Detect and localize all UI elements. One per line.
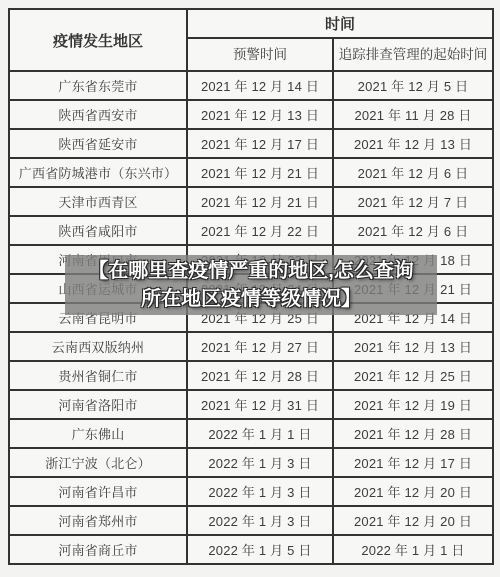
watermark-text-line1: 【在哪里查疫情严重的地区,怎么查询 xyxy=(88,257,414,285)
table-row: 广东省东莞市 2021 年 12 月 14 日 2021 年 12 月 5 日 xyxy=(9,71,493,100)
warning-time-cell: 2022 年 1 月 3 日 xyxy=(187,448,333,477)
region-cell: 广西省防城港市（东兴市） xyxy=(9,158,187,187)
region-cell: 陕西省延安市 xyxy=(9,129,187,158)
table-row: 贵州省铜仁市 2021 年 12 月 28 日 2021 年 12 月 25 日 xyxy=(9,361,493,390)
watermark-overlay: 【在哪里查疫情严重的地区,怎么查询 所在地区疫情等级情况】 xyxy=(65,255,437,315)
tracking-time-cell: 2021 年 12 月 19 日 xyxy=(333,390,493,419)
region-cell: 天津市西青区 xyxy=(9,187,187,216)
tracking-time-cell: 2021 年 12 月 17 日 xyxy=(333,448,493,477)
header-region-cell: 疫情发生地区 xyxy=(9,9,187,71)
tracking-time-cell: 2021 年 12 月 28 日 xyxy=(333,419,493,448)
tracking-time-cell: 2021 年 12 月 13 日 xyxy=(333,129,493,158)
table-row: 陕西省延安市 2021 年 12 月 17 日 2021 年 12 月 13 日 xyxy=(9,129,493,158)
tracking-time-cell: 2022 年 1 月 1 日 xyxy=(333,535,493,564)
region-cell: 浙江宁波（北仑） xyxy=(9,448,187,477)
region-cell: 广东省东莞市 xyxy=(9,71,187,100)
table-row: 陕西省咸阳市 2021 年 12 月 22 日 2021 年 12 月 6 日 xyxy=(9,216,493,245)
tracking-time-cell: 2021 年 12 月 20 日 xyxy=(333,477,493,506)
table-row: 河南省郑州市 2022 年 1 月 3 日 2021 年 12 月 20 日 xyxy=(9,506,493,535)
warning-time-cell: 2022 年 1 月 3 日 xyxy=(187,506,333,535)
page: 疫情发生地区 时间 预警时间 追踪排查管理的起始时间 广东省东莞市 2021 年… xyxy=(0,0,500,577)
region-cell: 贵州省铜仁市 xyxy=(9,361,187,390)
tracking-time-cell: 2021 年 12 月 6 日 xyxy=(333,158,493,187)
region-cell: 陕西省咸阳市 xyxy=(9,216,187,245)
warning-time-cell: 2021 年 12 月 14 日 xyxy=(187,71,333,100)
watermark-text-line2: 所在地区疫情等级情况】 xyxy=(141,285,361,313)
warning-time-cell: 2021 年 12 月 21 日 xyxy=(187,158,333,187)
warning-time-cell: 2021 年 12 月 31 日 xyxy=(187,390,333,419)
table-row: 广西省防城港市（东兴市） 2021 年 12 月 21 日 2021 年 12 … xyxy=(9,158,493,187)
tracking-time-cell: 2021 年 12 月 25 日 xyxy=(333,361,493,390)
table-row: 天津市西青区 2021 年 12 月 21 日 2021 年 12 月 7 日 xyxy=(9,187,493,216)
warning-time-cell: 2021 年 12 月 21 日 xyxy=(187,187,333,216)
region-cell: 广东佛山 xyxy=(9,419,187,448)
table-row: 广东佛山 2022 年 1 月 1 日 2021 年 12 月 28 日 xyxy=(9,419,493,448)
warning-time-cell: 2021 年 12 月 27 日 xyxy=(187,332,333,361)
warning-time-cell: 2022 年 1 月 5 日 xyxy=(187,535,333,564)
region-cell: 河南省许昌市 xyxy=(9,477,187,506)
table-body: 广东省东莞市 2021 年 12 月 14 日 2021 年 12 月 5 日 … xyxy=(9,71,493,564)
warning-time-cell: 2022 年 1 月 3 日 xyxy=(187,477,333,506)
region-cell: 陕西省西安市 xyxy=(9,100,187,129)
header-tracking-start-cell: 追踪排查管理的起始时间 xyxy=(333,38,493,71)
table-row: 河南省洛阳市 2021 年 12 月 31 日 2021 年 12 月 19 日 xyxy=(9,390,493,419)
warning-time-cell: 2021 年 12 月 28 日 xyxy=(187,361,333,390)
header-row-group: 疫情发生地区 时间 xyxy=(9,9,493,38)
warning-time-cell: 2022 年 1 月 1 日 xyxy=(187,419,333,448)
tracking-time-cell: 2021 年 12 月 5 日 xyxy=(333,71,493,100)
region-cell: 河南省洛阳市 xyxy=(9,390,187,419)
table-row: 河南省许昌市 2022 年 1 月 3 日 2021 年 12 月 20 日 xyxy=(9,477,493,506)
region-cell: 河南省郑州市 xyxy=(9,506,187,535)
tracking-time-cell: 2021 年 12 月 20 日 xyxy=(333,506,493,535)
table-row: 浙江宁波（北仑） 2022 年 1 月 3 日 2021 年 12 月 17 日 xyxy=(9,448,493,477)
table-row: 河南省商丘市 2022 年 1 月 5 日 2022 年 1 月 1 日 xyxy=(9,535,493,564)
table-header: 疫情发生地区 时间 预警时间 追踪排查管理的起始时间 xyxy=(9,9,493,71)
tracking-time-cell: 2021 年 12 月 7 日 xyxy=(333,187,493,216)
region-cell: 河南省商丘市 xyxy=(9,535,187,564)
tracking-time-cell: 2021 年 12 月 13 日 xyxy=(333,332,493,361)
warning-time-cell: 2021 年 12 月 13 日 xyxy=(187,100,333,129)
warning-time-cell: 2021 年 12 月 17 日 xyxy=(187,129,333,158)
tracking-time-cell: 2021 年 11 月 28 日 xyxy=(333,100,493,129)
table-row: 云南西双版纳州 2021 年 12 月 27 日 2021 年 12 月 13 … xyxy=(9,332,493,361)
region-cell: 云南西双版纳州 xyxy=(9,332,187,361)
warning-time-cell: 2021 年 12 月 22 日 xyxy=(187,216,333,245)
header-warning-time-cell: 预警时间 xyxy=(187,38,333,71)
tracking-time-cell: 2021 年 12 月 6 日 xyxy=(333,216,493,245)
table-row: 陕西省西安市 2021 年 12 月 13 日 2021 年 11 月 28 日 xyxy=(9,100,493,129)
header-time-group-cell: 时间 xyxy=(187,9,493,38)
